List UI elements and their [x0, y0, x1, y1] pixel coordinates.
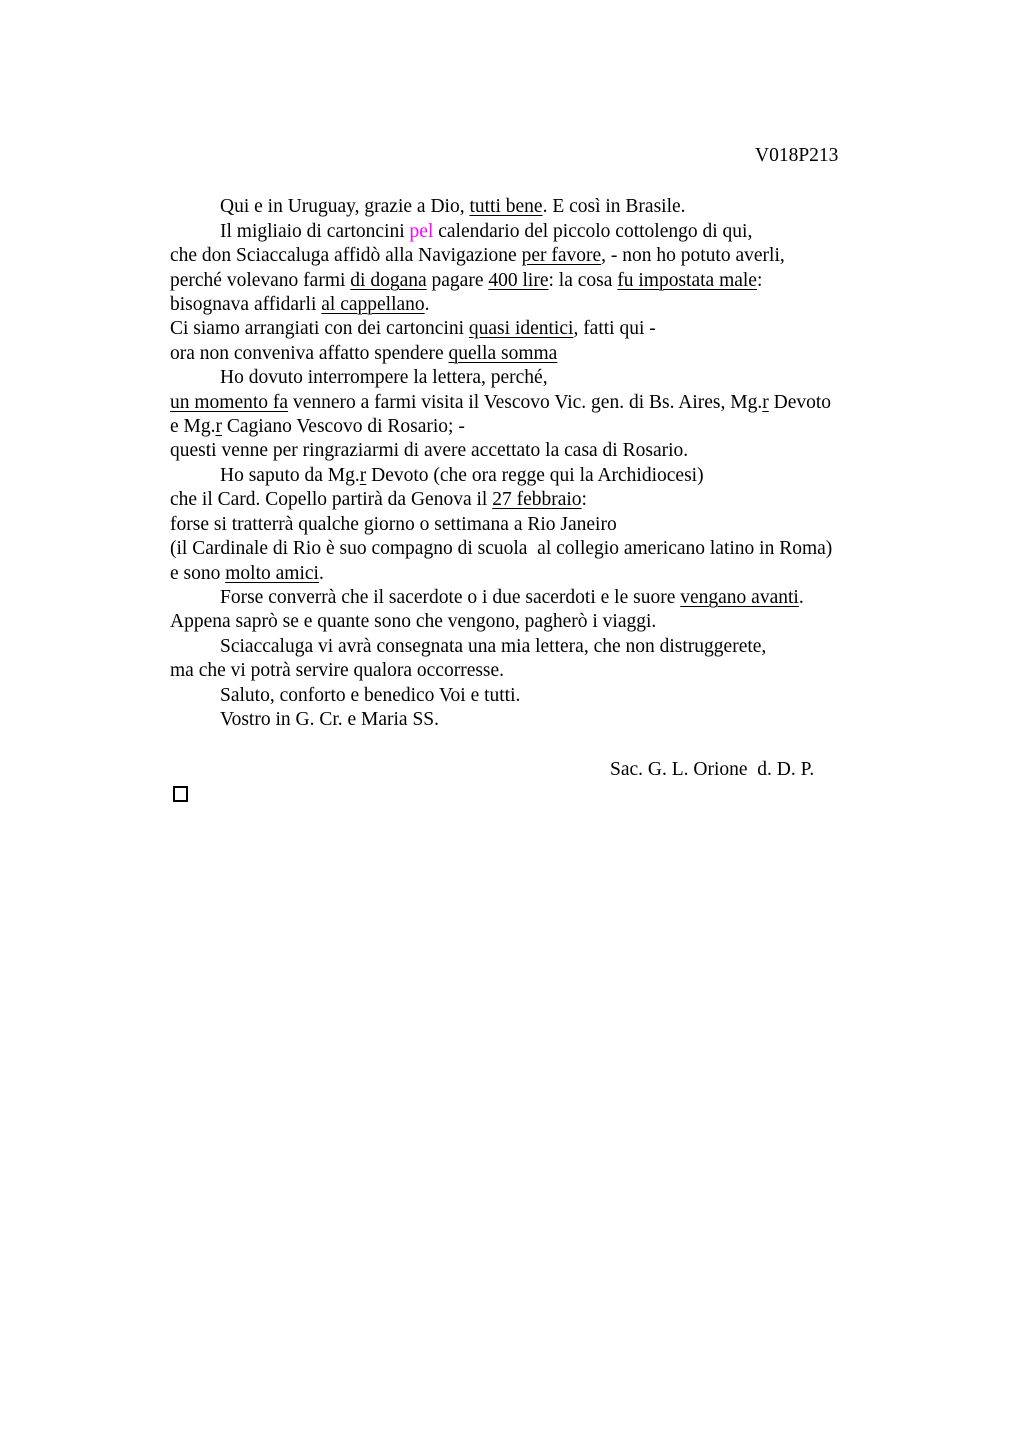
letter-line: Sciaccaluga vi avrà consegnata una mia l…: [170, 635, 964, 659]
text-run: , - non ho potuto averli,: [601, 245, 785, 266]
text-run: calendario del piccolo cottolengo di qui…: [433, 221, 752, 242]
underlined-text-run: per favore: [522, 245, 602, 266]
document-code: V018P213: [755, 144, 964, 168]
text-run: .: [425, 294, 430, 315]
letter-line: Forse converrà che il sacerdote o i due …: [170, 586, 964, 610]
letter-line: un momento fa vennero a farmi visita il …: [170, 391, 964, 415]
underlined-text-run: molto amici: [225, 563, 319, 584]
text-run: e sono: [170, 563, 225, 584]
letter-line: questi venne per ringraziarmi di avere a…: [170, 439, 964, 463]
text-run: perché volevano farmi: [170, 270, 350, 291]
text-run: Devoto: [769, 392, 831, 413]
letter-line: Qui e in Uruguay, grazie a Dio, tutti be…: [170, 195, 964, 219]
text-run: Sciaccaluga vi avrà consegnata una mia l…: [220, 636, 766, 657]
letter-line: perché volevano farmi di dogana pagare 4…: [170, 269, 964, 293]
letter-line: Appena saprò se e quante sono che vengon…: [170, 610, 964, 634]
document-page: V018P213 Qui e in Uruguay, grazie a Dio,…: [0, 0, 1024, 1450]
letter-line: e sono molto amici.: [170, 562, 964, 586]
text-run: :: [582, 489, 587, 510]
text-run: Il migliaio di cartoncini: [220, 221, 410, 242]
text-run: , fatti qui -: [573, 318, 655, 339]
text-run: Ci siamo arrangiati con dei cartoncini: [170, 318, 469, 339]
letter-line: Saluto, conforto e benedico Voi e tutti.: [170, 684, 964, 708]
text-run: Ho dovuto interrompere la lettera, perch…: [220, 367, 548, 388]
text-run: Forse converrà che il sacerdote o i due …: [220, 587, 680, 608]
text-run: che il Card. Copello partirà da Genova i…: [170, 489, 492, 510]
text-run: Appena saprò se e quante sono che vengon…: [170, 611, 656, 632]
highlighted-text-run: pel: [410, 221, 434, 242]
text-run: bisognava affidarli: [170, 294, 321, 315]
letter-line: ora non conveniva affatto spendere quell…: [170, 342, 964, 366]
text-run: . E così in Brasile.: [543, 196, 686, 217]
text-run: che don Sciaccaluga affidò alla Navigazi…: [170, 245, 522, 266]
text-run: Saluto, conforto e benedico Voi e tutti.: [220, 685, 520, 706]
text-run: (il Cardinale di Rio è suo compagno di s…: [170, 538, 832, 559]
text-run: forse si tratterrà qualche giorno o sett…: [170, 514, 617, 535]
letter-line: Ci siamo arrangiati con dei cartoncini q…: [170, 317, 964, 341]
letter-line: Vostro in G. Cr. e Maria SS.: [170, 708, 964, 732]
text-run: vennero a farmi visita il Vescovo Vic. g…: [288, 392, 762, 413]
letter-line: e Mg.r Cagiano Vescovo di Rosario; -: [170, 415, 964, 439]
text-run: Cagiano Vescovo di Rosario; -: [222, 416, 465, 437]
text-run: Vostro in G. Cr. e Maria SS.: [220, 709, 439, 730]
underlined-text-run: un momento fa: [170, 392, 288, 413]
underlined-text-run: tutti bene: [469, 196, 542, 217]
signature-line: Sac. G. L. Orione d. D. P.: [610, 758, 964, 782]
letter-body: Qui e in Uruguay, grazie a Dio, tutti be…: [170, 195, 964, 732]
underlined-text-run: vengano avanti: [680, 587, 799, 608]
text-run: questi venne per ringraziarmi di avere a…: [170, 440, 688, 461]
square-row: [170, 784, 964, 808]
letter-line: ma che vi potrà servire qualora occorres…: [170, 659, 964, 683]
text-run: Devoto (che ora regge qui la Archidioces…: [366, 465, 703, 486]
letter-line: bisognava affidarli al cappellano.: [170, 293, 964, 317]
text-run: e Mg.: [170, 416, 216, 437]
text-run: : la cosa: [548, 270, 617, 291]
underlined-text-run: quasi identici: [469, 318, 574, 339]
underlined-text-run: 27 febbraio: [492, 489, 581, 510]
text-run: pagare: [427, 270, 489, 291]
text-run: :: [757, 270, 762, 291]
letter-line: Il migliaio di cartoncini pel calendario…: [170, 220, 964, 244]
empty-box-glyph: [173, 786, 188, 802]
underlined-text-run: al cappellano: [321, 294, 424, 315]
underlined-text-run: 400 lire: [488, 270, 548, 291]
text-run: .: [319, 563, 324, 584]
text-run: ora non conveniva affatto spendere: [170, 343, 448, 364]
text-run: .: [799, 587, 804, 608]
letter-line: Ho saputo da Mg.r Devoto (che ora regge …: [170, 464, 964, 488]
underlined-text-run: di dogana: [350, 270, 426, 291]
text-run: Qui e in Uruguay, grazie a Dio,: [220, 196, 469, 217]
letter-line: che don Sciaccaluga affidò alla Navigazi…: [170, 244, 964, 268]
text-run: ma che vi potrà servire qualora occorres…: [170, 660, 504, 681]
underlined-text-run: quella somma: [448, 343, 557, 364]
underlined-text-run: fu impostata male: [617, 270, 757, 291]
letter-line: che il Card. Copello partirà da Genova i…: [170, 488, 964, 512]
text-run: Ho saputo da Mg.: [220, 465, 360, 486]
letter-line: Ho dovuto interrompere la lettera, perch…: [170, 366, 964, 390]
letter-line: (il Cardinale di Rio è suo compagno di s…: [170, 537, 964, 561]
letter-line: forse si tratterrà qualche giorno o sett…: [170, 513, 964, 537]
